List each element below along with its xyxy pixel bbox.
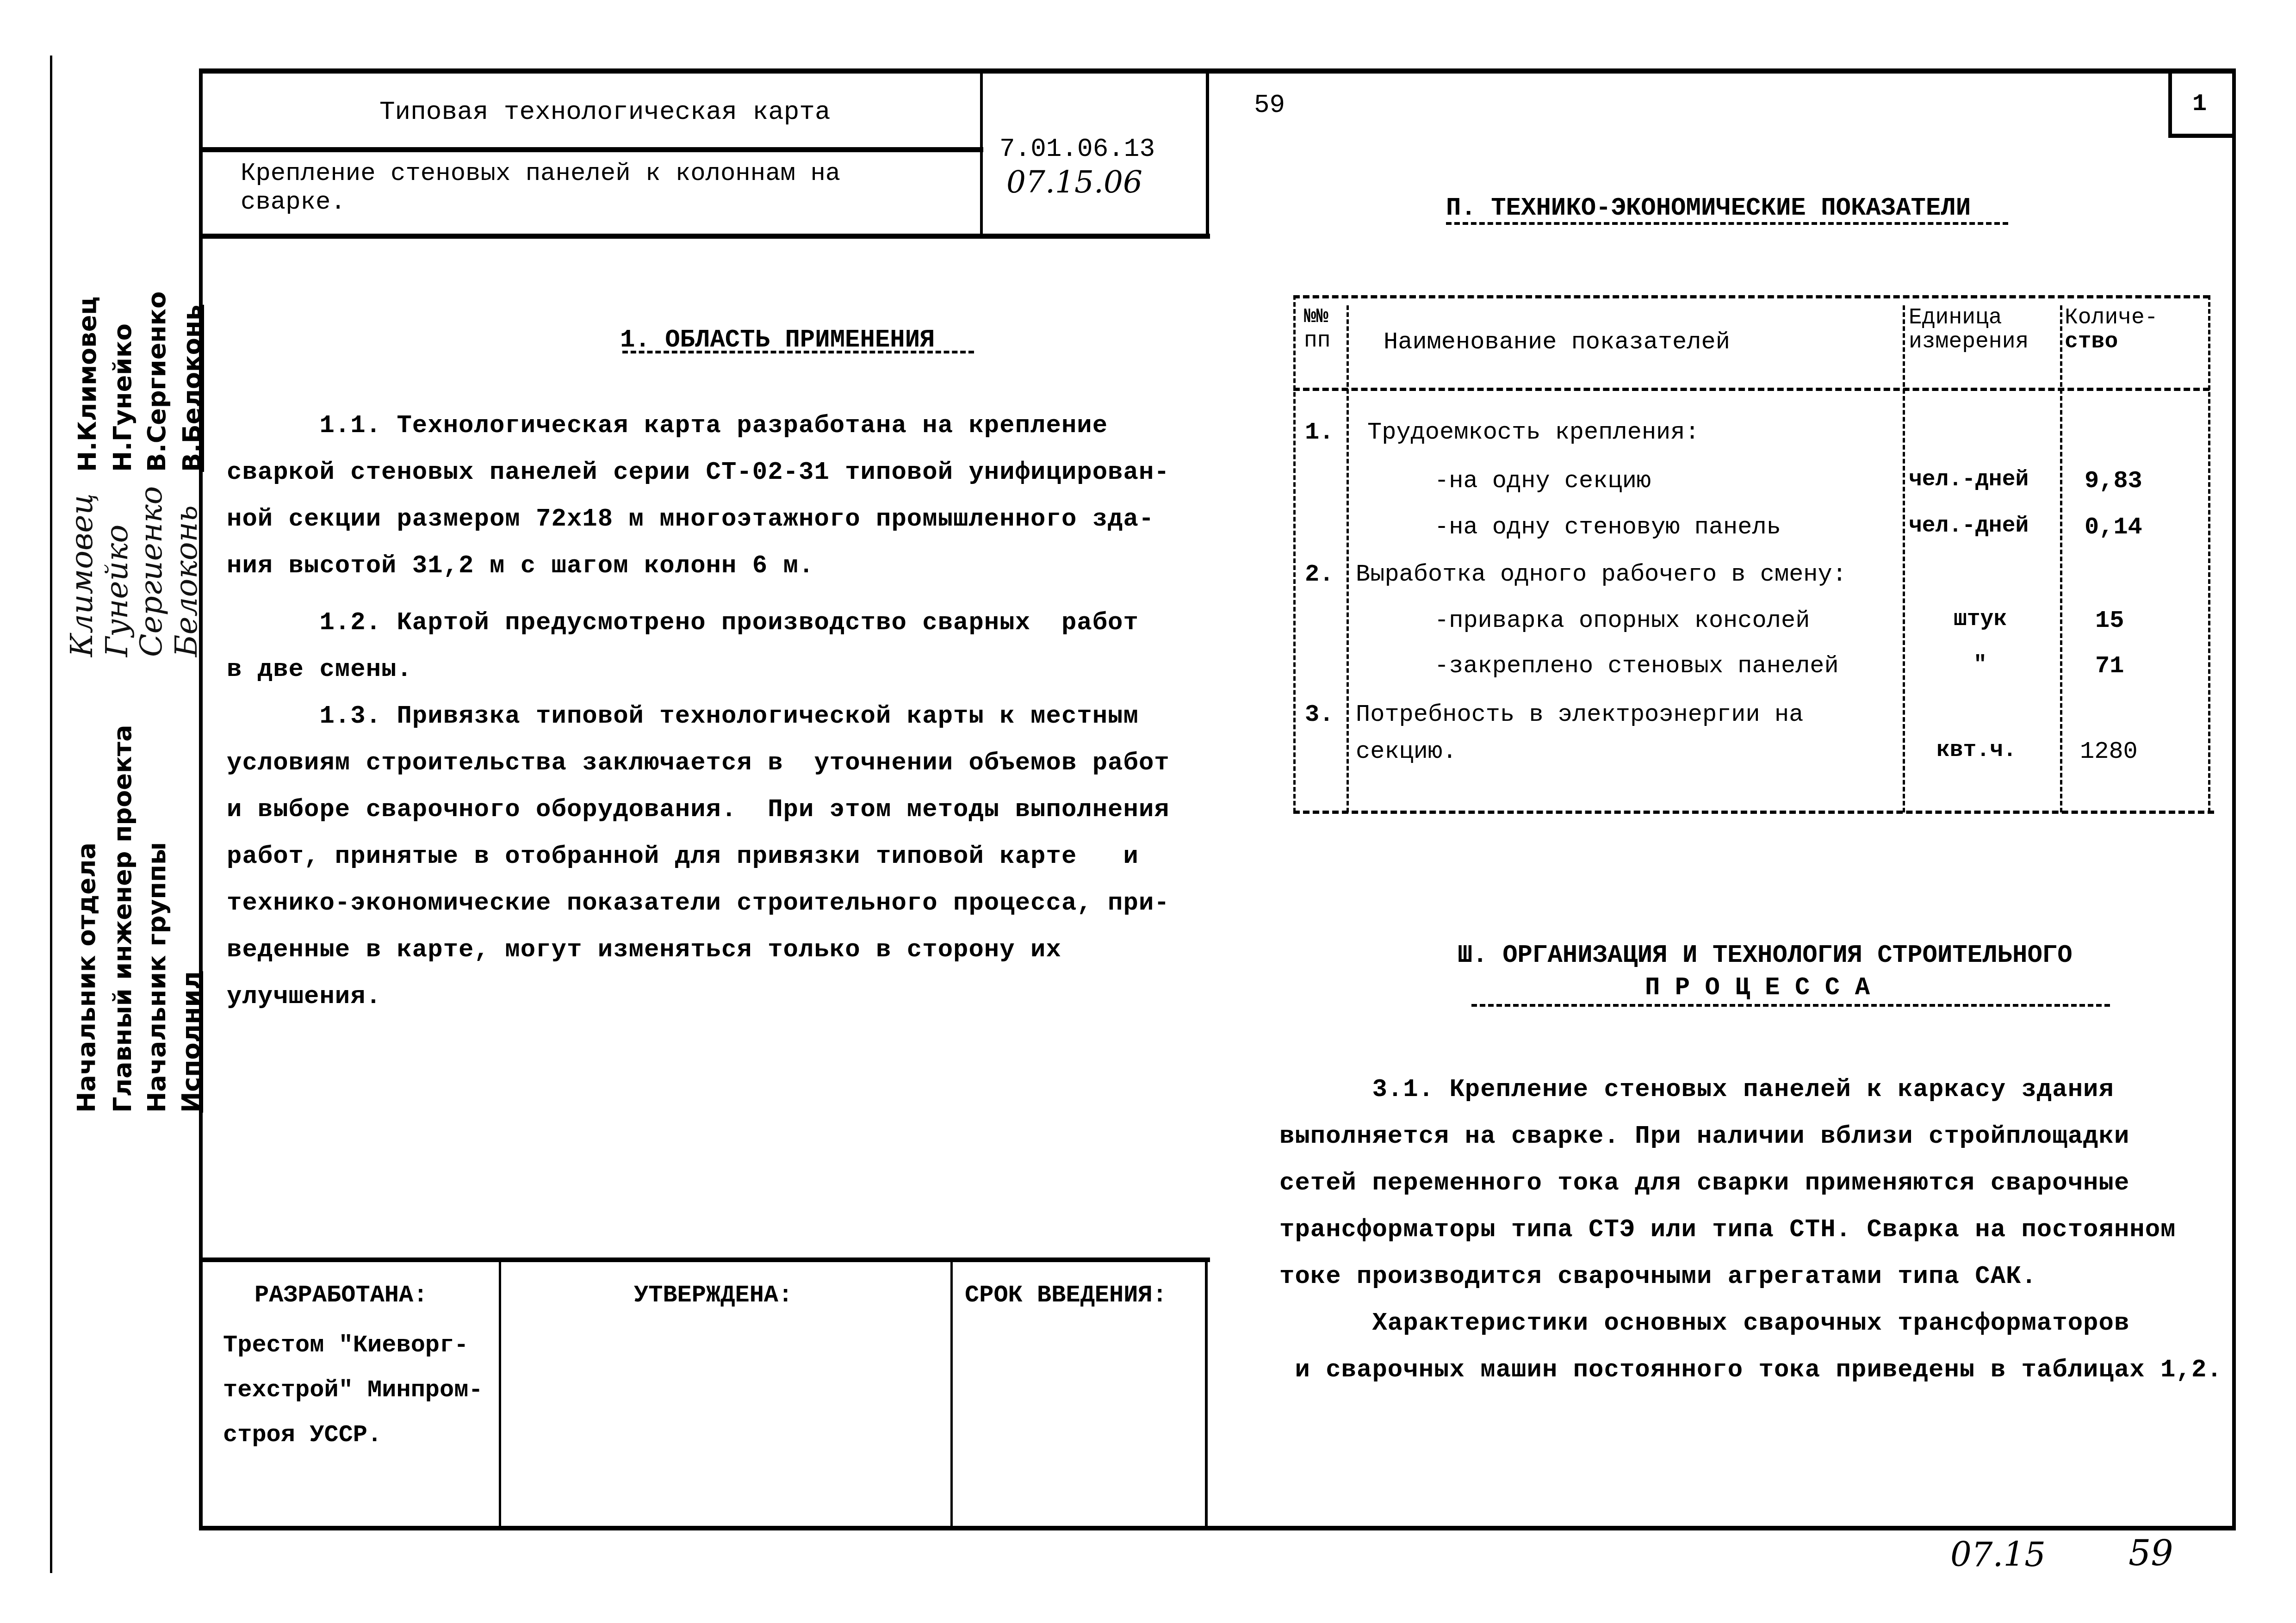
row1a-name: -на одну секцию [1434, 467, 1651, 495]
th-unit-2: измерения [1909, 329, 2029, 354]
row3-name: Потребность в электроэнергии на [1356, 701, 1803, 728]
title-bottom [199, 234, 1210, 239]
s1-line-7: 1.3. Привязка типовой технологической ка… [227, 693, 1139, 740]
signature-1: Климовец [65, 493, 99, 657]
signature-4: Белоконь [169, 505, 204, 657]
title-code-left [980, 68, 983, 237]
row2b-name: -закреплено стеновых панелей [1434, 652, 1839, 680]
binding-margin-line [50, 56, 52, 1573]
table-col-unit-divider [1903, 305, 1905, 812]
table-right-border [2208, 295, 2210, 812]
th-name: Наименование показателей [1384, 328, 1730, 356]
section2-heading-underline [1446, 222, 2008, 225]
s3-line-6: Характеристики основных сварочных трансф… [1279, 1300, 2129, 1347]
role-head-of-dept: Начальник отдела [69, 842, 104, 1113]
table-left-border [1293, 295, 1296, 812]
name-klimovets: Н.Климовец [70, 297, 105, 472]
s1-line-9: и выборе сварочного оборудования. При эт… [227, 787, 1170, 833]
frame-right [2232, 68, 2236, 1530]
frame-bottom [199, 1526, 2236, 1530]
row2-name: Выработка одного рабочего в смену: [1356, 561, 1847, 588]
s1-line-4: ния высотой 31,2 м с шагом колонн 6 м. [227, 543, 814, 589]
row1a-qty: 9,83 [2085, 467, 2142, 495]
approval-top [199, 1258, 1210, 1262]
role-group-head: Начальник группы [140, 842, 174, 1113]
sheet-number: 1 [2192, 90, 2207, 118]
s1-line-13: улучшения. [227, 973, 381, 1020]
th-qty-2: ство [2065, 329, 2118, 354]
footer-handwritten-code: 07.15 [1950, 1535, 2046, 1574]
section1-heading: 1. ОБЛАСТЬ ПРИМЕНЕНИЯ [620, 326, 935, 354]
s3-line-1: 3.1. Крепление стеновых панелей к каркас… [1279, 1066, 2114, 1113]
footer-handwritten-page: 59 [2128, 1532, 2173, 1573]
developed-by-1: Трестом "Киеворг- [223, 1332, 469, 1359]
s1-line-3: ной секции размером 72х18 м многоэтажног… [227, 496, 1154, 543]
row2a-unit: штук [1954, 607, 2007, 632]
row1-num: 1. [1305, 419, 1334, 446]
th-unit-1: Единица [1909, 305, 2002, 330]
title-code-right [1206, 68, 1209, 237]
signature-3: Сергиенко [134, 486, 168, 657]
section3-heading-line2: П Р О Ц Е С С А [1645, 974, 1870, 1002]
effective-date-label: СРОК ВВЕДЕНИЯ: [965, 1282, 1167, 1309]
section3-heading-line1: Ш. ОРГАНИЗАЦИЯ И ТЕХНОЛОГИЯ СТРОИТЕЛЬНОГ… [1458, 942, 2073, 970]
s1-line-12: веденные в карте, могут изменяться тольк… [227, 927, 1061, 973]
doc-subject: Крепление стеновых панелей к колоннам на… [241, 160, 840, 217]
row1-name: Трудоемкость крепления: [1367, 419, 1700, 446]
s3-line-4: трансформаторы типа СТЭ или типа СТН. Св… [1279, 1207, 2176, 1253]
approved-label: УТВЕРЖДЕНА: [634, 1282, 793, 1309]
row3-unit: квт.ч. [1936, 738, 2017, 763]
table-header-border [1293, 388, 2209, 391]
row1a-unit: чел.-дней [1909, 467, 2029, 492]
doc-type-title: Типовая технологическая карта [379, 97, 831, 127]
row1b-qty: 0,14 [2085, 514, 2142, 541]
frame-top [199, 68, 2236, 74]
s1-line-8: условиям строительства заключается в уто… [227, 740, 1170, 787]
row1b-name: -на одну стеновую панель [1434, 514, 1781, 541]
table-bottom-border [1293, 811, 2214, 814]
doc-code: 7.01.06.13 [999, 134, 1155, 164]
s1-line-2: сваркой стеновых панелей серии СТ-02-31 … [227, 449, 1170, 496]
title-divider [199, 147, 983, 152]
developed-by-2: техстрой" Минпром- [223, 1376, 483, 1404]
table-top-border [1293, 295, 2209, 298]
role-chief-engineer: Главный инженер проекта [105, 725, 140, 1113]
row2b-unit: " [1973, 652, 1987, 677]
s1-line-6: в две смены. [227, 646, 412, 693]
name-guneyko: Н.Гунейко [105, 323, 140, 472]
row2a-name: -приварка опорных консолей [1434, 607, 1810, 634]
row3b-name: секцию. [1356, 738, 1457, 765]
s3-line-7: и сварочных машин постоянного тока приве… [1279, 1347, 2222, 1394]
row3-qty: 1280 [2080, 738, 2138, 765]
signature-2: Гунейко [100, 525, 134, 657]
frame-left [199, 68, 203, 1530]
table-col-qty-divider [2060, 305, 2062, 812]
s3-line-5: токе производится сварочными агрегатами … [1279, 1253, 2037, 1300]
th-num-1: №№ [1304, 305, 1328, 328]
section3-heading-underline [1471, 1004, 2110, 1007]
developed-by-3: строя УССР. [223, 1421, 382, 1449]
th-qty-1: Количе- [2065, 305, 2158, 330]
name-belokon: В.Белоконь [175, 305, 209, 472]
s3-line-3: сетей переменного тока для сварки примен… [1279, 1160, 2129, 1207]
s1-line-11: технико-экономические показатели строите… [227, 880, 1170, 927]
approval-col2 [950, 1258, 953, 1528]
name-sergienko: В.Сергиенко [140, 291, 174, 472]
doc-code-handwritten: 07.15.06 [1006, 164, 1142, 200]
approval-col3 [1205, 1258, 1208, 1528]
row2-num: 2. [1305, 561, 1334, 588]
th-num-2: пп [1304, 328, 1331, 353]
section2-heading: П. ТЕХНИКО-ЭКОНОМИЧЕСКИЕ ПОКАЗАТЕЛИ [1446, 194, 1971, 223]
row2a-qty: 15 [2095, 607, 2124, 634]
section1-heading-underline [622, 351, 974, 353]
row2b-qty: 71 [2095, 652, 2124, 680]
page-number-top: 59 [1254, 90, 1285, 120]
row1b-unit: чел.-дней [1909, 514, 2029, 539]
s3-line-2: выполняется на сварке. При наличии вблиз… [1279, 1113, 2129, 1160]
table-col-num-divider [1347, 305, 1349, 812]
s1-line-10: работ, принятые в отобранной для привязк… [227, 833, 1139, 880]
approval-col1 [499, 1258, 501, 1528]
row3-num: 3. [1305, 701, 1334, 728]
s1-line-5: 1.2. Картой предусмотрено производство с… [227, 600, 1139, 646]
s1-line-1: 1.1. Технологическая карта разработана н… [227, 403, 1108, 449]
developed-label: РАЗРАБОТАНА: [254, 1282, 428, 1309]
role-executor: Исполнил [174, 971, 208, 1113]
sheet-number-box: 1 [2168, 69, 2233, 138]
